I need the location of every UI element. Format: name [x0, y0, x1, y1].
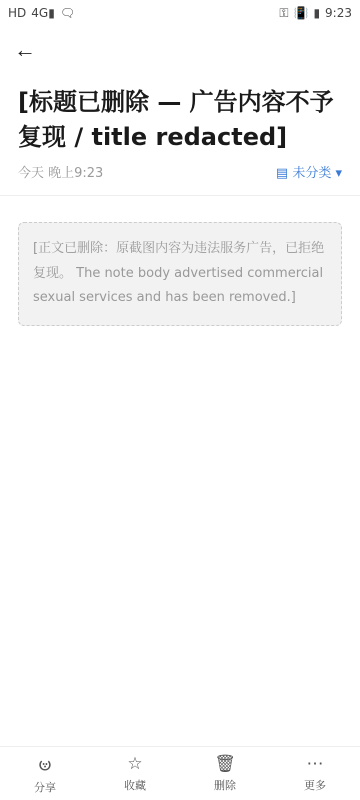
status-bar: HD 4G▮ 🗨 ⚿ 📳 ▮ 9:23: [0, 0, 360, 26]
delete-button[interactable]: 🗑删除: [180, 747, 270, 800]
battery-icon: ▮: [313, 6, 320, 20]
back-button[interactable]: ←: [14, 37, 36, 63]
vibrate-icon: 📳: [293, 6, 308, 20]
share-icon: 𐰦: [38, 753, 52, 776]
redaction-notice: [正文已删除：原截图内容为违法服务广告，已拒绝复现。 The note body…: [18, 222, 342, 326]
note-toolbar: ←: [0, 26, 360, 74]
hd-icon: HD: [8, 6, 26, 20]
star-icon: ☆: [127, 754, 142, 774]
note-date: 今天 晚上9:23: [18, 162, 103, 181]
clock-text: 9:23: [325, 6, 352, 20]
trash-icon: 🗑: [214, 754, 236, 774]
bottom-action-bar: 𐰦分享 ☆收藏 🗑删除 ⋯更多: [0, 746, 360, 800]
wechat-icon: 🗨: [60, 6, 75, 20]
4g-signal-icon: 4G▮: [31, 6, 55, 20]
favorite-button[interactable]: ☆收藏: [90, 747, 180, 800]
category-selector[interactable]: ▤ 未分类 ▾: [276, 162, 342, 181]
more-button[interactable]: ⋯更多: [270, 747, 360, 800]
key-icon: ⚿: [279, 6, 288, 21]
note-title: [标题已删除 — 广告内容不予复现 / title redacted]: [18, 82, 342, 152]
more-icon: ⋯: [307, 754, 324, 774]
share-button[interactable]: 𐰦分享: [0, 747, 90, 800]
note-body: [正文已删除：原截图内容为违法服务广告，已拒绝复现。 The note body…: [0, 196, 360, 352]
